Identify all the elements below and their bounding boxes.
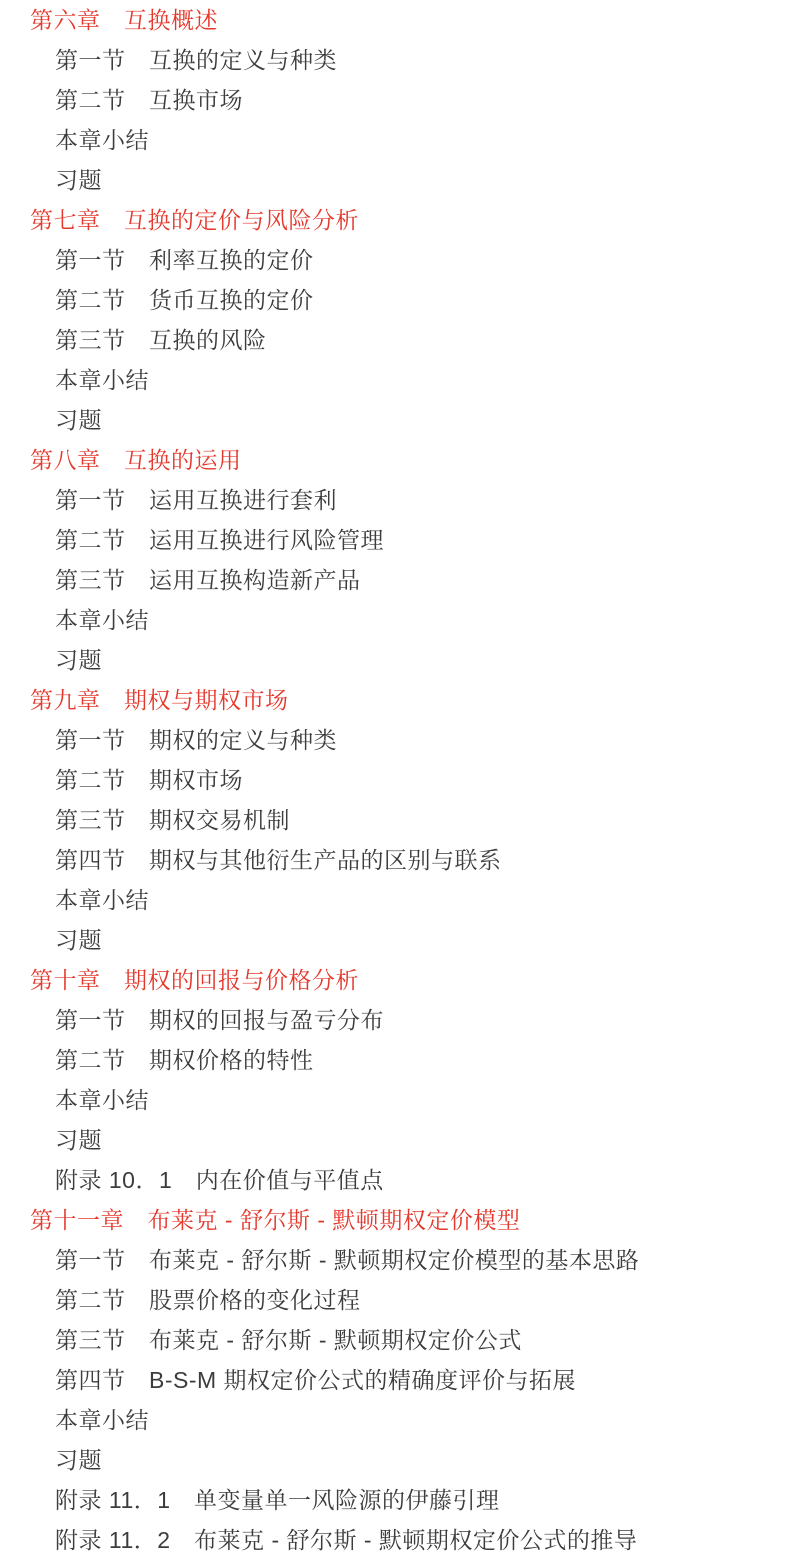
toc-entry: 第二节 货币互换的定价 xyxy=(0,280,790,320)
toc-entry: 第四节 B-S-M 期权定价公式的精确度评价与拓展 xyxy=(0,1360,790,1400)
toc-entry: 习题 xyxy=(0,400,790,440)
toc-entry: 附录 11．1 单变量单一风险源的伊藤引理 xyxy=(0,1480,790,1520)
toc-entry: 习题 xyxy=(0,1440,790,1480)
toc-entry: 附录 10．1 内在价值与平值点 xyxy=(0,1160,790,1200)
table-of-contents: 第六章 互换概述 第一节 互换的定义与种类 第二节 互换市场 本章小结 习题 第… xyxy=(0,0,790,1558)
toc-entry: 第一节 期权的回报与盈亏分布 xyxy=(0,1000,790,1040)
toc-entry: 本章小结 xyxy=(0,600,790,640)
toc-chapter-heading: 第七章 互换的定价与风险分析 xyxy=(0,200,790,240)
toc-entry: 习题 xyxy=(0,640,790,680)
toc-chapter-heading: 第八章 互换的运用 xyxy=(0,440,790,480)
toc-entry: 第三节 互换的风险 xyxy=(0,320,790,360)
toc-entry: 本章小结 xyxy=(0,1400,790,1440)
toc-chapter-heading: 第十一章 布莱克 - 舒尔斯 - 默顿期权定价模型 xyxy=(0,1200,790,1240)
toc-entry: 习题 xyxy=(0,1120,790,1160)
toc-entry: 习题 xyxy=(0,160,790,200)
toc-chapter-heading: 第六章 互换概述 xyxy=(0,0,790,40)
toc-entry: 第三节 期权交易机制 xyxy=(0,800,790,840)
toc-entry: 本章小结 xyxy=(0,880,790,920)
toc-entry: 本章小结 xyxy=(0,120,790,160)
toc-entry: 第一节 运用互换进行套利 xyxy=(0,480,790,520)
toc-entry: 第一节 互换的定义与种类 xyxy=(0,40,790,80)
toc-entry: 第一节 布莱克 - 舒尔斯 - 默顿期权定价模型的基本思路 xyxy=(0,1240,790,1280)
toc-entry: 第一节 期权的定义与种类 xyxy=(0,720,790,760)
toc-entry: 习题 xyxy=(0,920,790,960)
toc-entry: 本章小结 xyxy=(0,1080,790,1120)
toc-entry: 附录 11．2 布莱克 - 舒尔斯 - 默顿期权定价公式的推导 xyxy=(0,1520,790,1558)
toc-entry: 第四节 期权与其他衍生产品的区别与联系 xyxy=(0,840,790,880)
toc-entry: 本章小结 xyxy=(0,360,790,400)
toc-entry: 第三节 运用互换构造新产品 xyxy=(0,560,790,600)
toc-entry: 第二节 股票价格的变化过程 xyxy=(0,1280,790,1320)
toc-entry: 第二节 期权价格的特性 xyxy=(0,1040,790,1080)
toc-chapter-heading: 第九章 期权与期权市场 xyxy=(0,680,790,720)
toc-entry: 第一节 利率互换的定价 xyxy=(0,240,790,280)
toc-chapter-heading: 第十章 期权的回报与价格分析 xyxy=(0,960,790,1000)
toc-entry: 第二节 期权市场 xyxy=(0,760,790,800)
toc-entry: 第二节 互换市场 xyxy=(0,80,790,120)
toc-entry: 第三节 布莱克 - 舒尔斯 - 默顿期权定价公式 xyxy=(0,1320,790,1360)
toc-entry: 第二节 运用互换进行风险管理 xyxy=(0,520,790,560)
